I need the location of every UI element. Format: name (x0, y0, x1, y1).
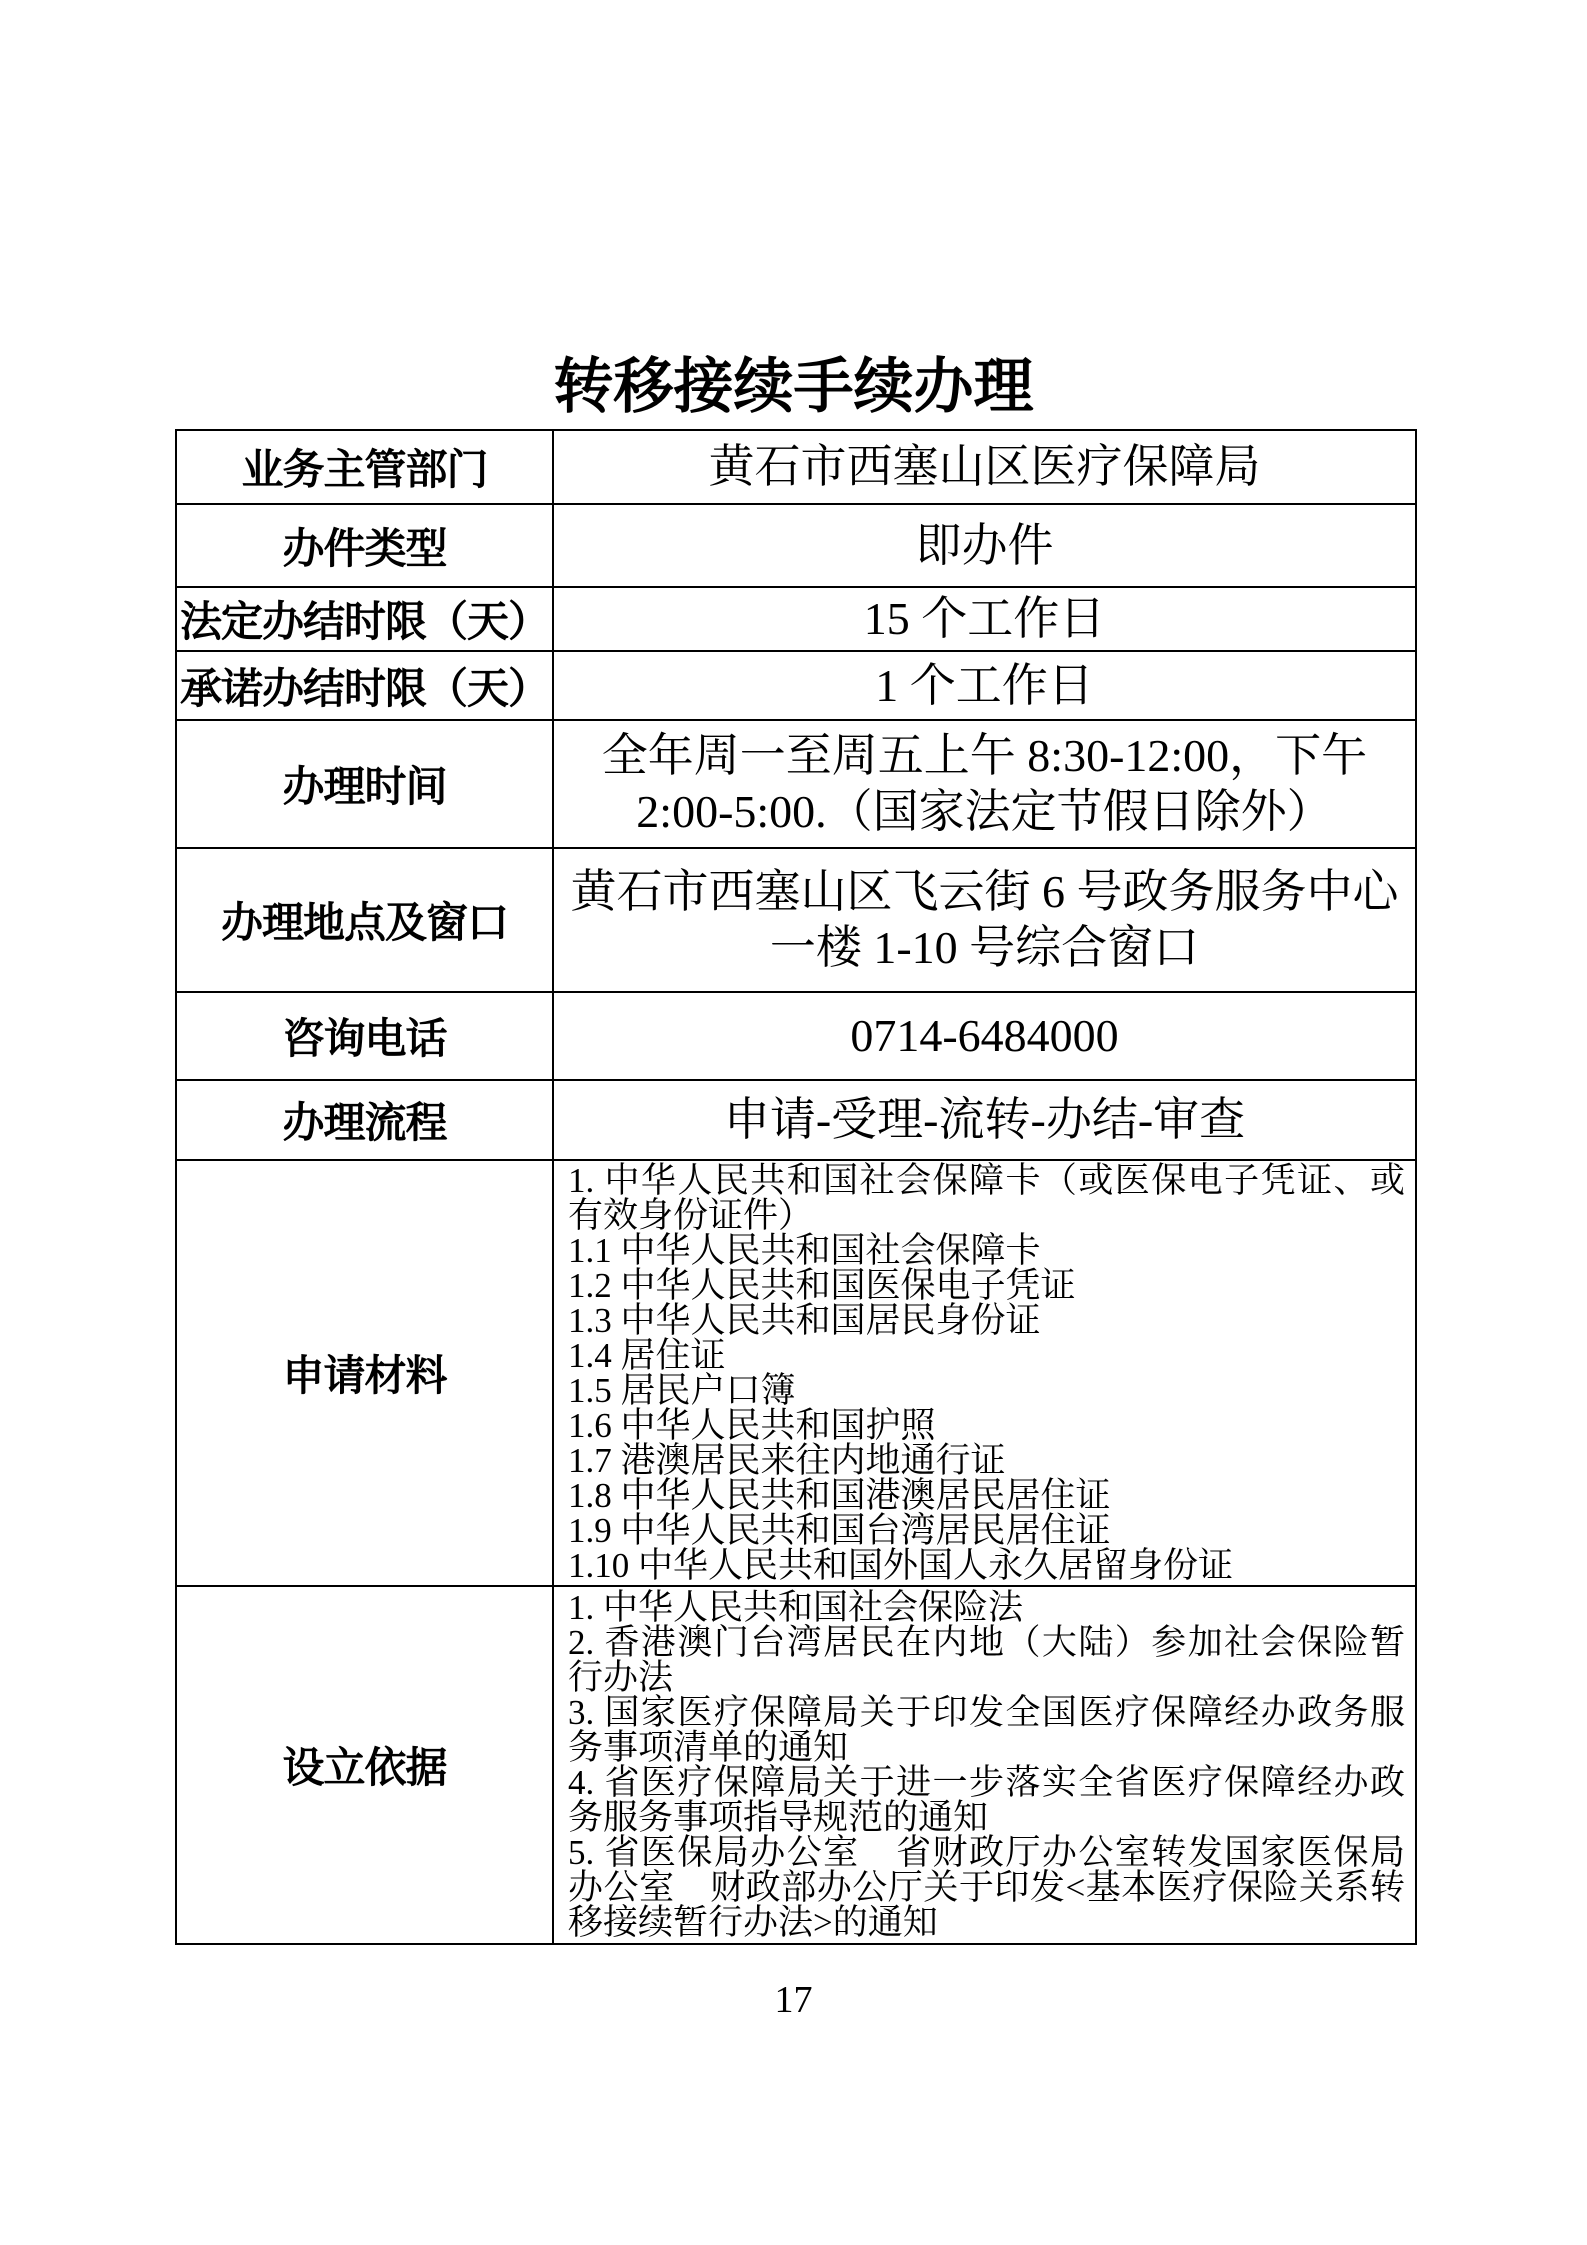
table-row-establishment-basis: 设立依据 1. 中华人民共和国社会保险法 2. 香港澳门台湾居民在内地（大陆）参… (176, 1586, 1416, 1944)
row-label: 业务主管部门 (176, 430, 553, 504)
row-label: 办件类型 (176, 504, 553, 587)
table-row-department: 业务主管部门 黄石市西塞山区医疗保障局 (176, 430, 1416, 504)
material-item: 1. 中华人民共和国社会保障卡（或医保电子凭证、或有效身份证件） (568, 1163, 1405, 1233)
row-value: 15 个工作日 (553, 587, 1416, 651)
material-item: 1.10 中华人民共和国外国人永久居留身份证 (568, 1548, 1405, 1583)
row-value: 申请-受理-流转-办结-审查 (553, 1080, 1416, 1160)
material-item: 1.4 居住证 (568, 1338, 1405, 1373)
table-row-legal-time-limit: 法定办结时限（天） 15 个工作日 (176, 587, 1416, 651)
row-value-list: 1. 中华人民共和国社会保障卡（或医保电子凭证、或有效身份证件） 1.1 中华人… (553, 1160, 1416, 1586)
page-number: 17 (0, 1978, 1587, 2022)
basis-item: 1. 中华人民共和国社会保险法 (568, 1590, 1405, 1625)
basis-item: 3. 国家医疗保障局关于印发全国医疗保障经办政务服务事项清单的通知 (568, 1695, 1405, 1765)
table-row-location-window: 办理地点及窗口 黄石市西塞山区飞云街 6 号政务服务中心一楼 1-10 号综合窗… (176, 848, 1416, 992)
basis-item: 2. 香港澳门台湾居民在内地（大陆）参加社会保险暂行办法 (568, 1625, 1405, 1695)
row-label: 承诺办结时限（天） (176, 651, 553, 720)
row-label: 设立依据 (176, 1586, 553, 1944)
row-value: 全年周一至周五上午 8:30-12:00，下午 2:00-5:00.（国家法定节… (553, 720, 1416, 848)
table-row-promised-time-limit: 承诺办结时限（天） 1 个工作日 (176, 651, 1416, 720)
row-label: 咨询电话 (176, 992, 553, 1080)
table-row-phone: 咨询电话 0714-6484000 (176, 992, 1416, 1080)
row-label: 办理流程 (176, 1080, 553, 1160)
table-row-service-hours: 办理时间 全年周一至周五上午 8:30-12:00，下午 2:00-5:00.（… (176, 720, 1416, 848)
material-item: 1.2 中华人民共和国医保电子凭证 (568, 1268, 1405, 1303)
service-info-table: 业务主管部门 黄石市西塞山区医疗保障局 办件类型 即办件 法定办结时限（天） 1… (175, 429, 1417, 1945)
row-value: 黄石市西塞山区飞云街 6 号政务服务中心一楼 1-10 号综合窗口 (553, 848, 1416, 992)
row-value: 1 个工作日 (553, 651, 1416, 720)
row-label: 办理时间 (176, 720, 553, 848)
table-row-process: 办理流程 申请-受理-流转-办结-审查 (176, 1080, 1416, 1160)
basis-item: 4. 省医疗保障局关于进一步落实全省医疗保障经办政务服务事项指导规范的通知 (568, 1765, 1405, 1835)
material-item: 1.5 居民户口簿 (568, 1373, 1405, 1408)
row-value: 即办件 (553, 504, 1416, 587)
table-row-item-type: 办件类型 即办件 (176, 504, 1416, 587)
basis-item: 5. 省医保局办公室 省财政厅办公室转发国家医保局办公室 财政部办公厅关于印发<… (568, 1835, 1405, 1940)
row-value: 0714-6484000 (553, 992, 1416, 1080)
material-item: 1.9 中华人民共和国台湾居民居住证 (568, 1513, 1405, 1548)
material-item: 1.8 中华人民共和国港澳居民居住证 (568, 1478, 1405, 1513)
page-title: 转移接续手续办理 (0, 0, 1587, 424)
row-label: 申请材料 (176, 1160, 553, 1586)
row-label: 办理地点及窗口 (176, 848, 553, 992)
material-item: 1.3 中华人民共和国居民身份证 (568, 1303, 1405, 1338)
material-item: 1.1 中华人民共和国社会保障卡 (568, 1233, 1405, 1268)
row-value: 黄石市西塞山区医疗保障局 (553, 430, 1416, 504)
row-label: 法定办结时限（天） (176, 587, 553, 651)
document-page: 转移接续手续办理 业务主管部门 黄石市西塞山区医疗保障局 办件类型 即办件 法定… (0, 0, 1587, 2245)
row-value-list: 1. 中华人民共和国社会保险法 2. 香港澳门台湾居民在内地（大陆）参加社会保险… (553, 1586, 1416, 1944)
table-row-application-materials: 申请材料 1. 中华人民共和国社会保障卡（或医保电子凭证、或有效身份证件） 1.… (176, 1160, 1416, 1586)
material-item: 1.6 中华人民共和国护照 (568, 1408, 1405, 1443)
material-item: 1.7 港澳居民来往内地通行证 (568, 1443, 1405, 1478)
